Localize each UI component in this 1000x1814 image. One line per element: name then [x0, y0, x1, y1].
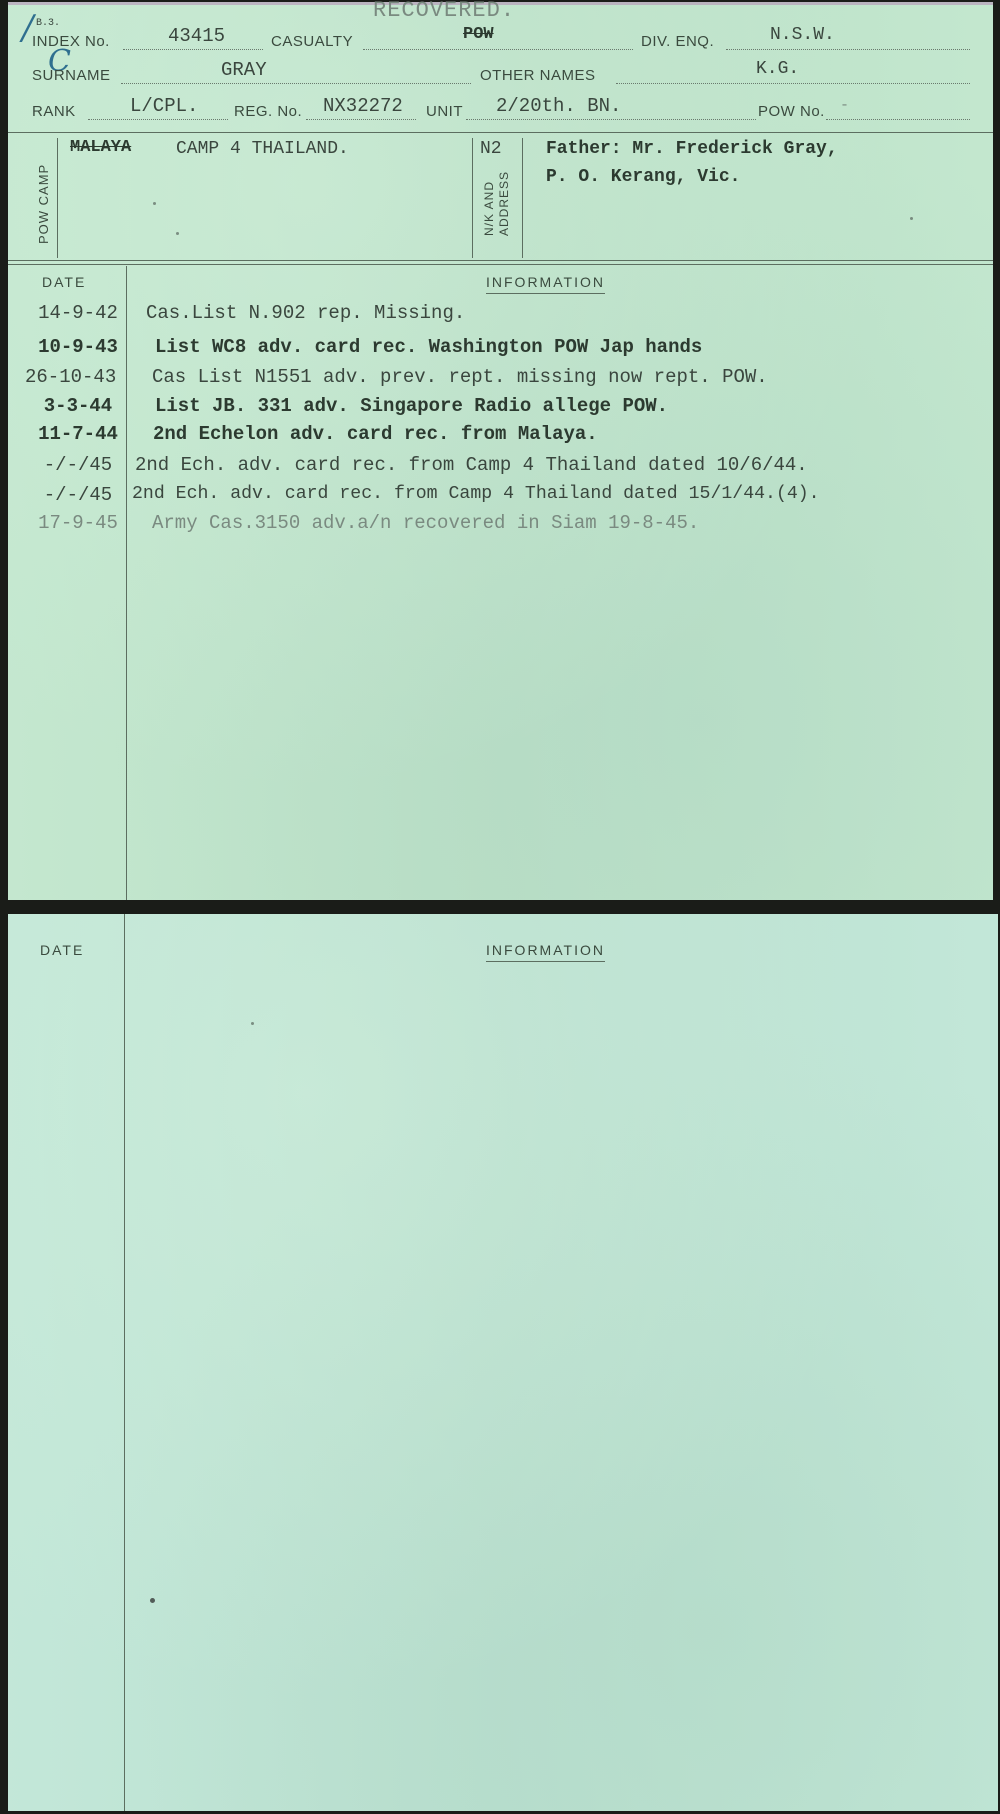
nok-divider-left — [472, 138, 473, 258]
other-names-label: OTHER NAMES — [480, 67, 596, 84]
index-no-line — [123, 49, 263, 50]
date-column-divider — [124, 914, 125, 1811]
nok-label-line1: N/K AND — [482, 181, 496, 236]
table-row-information: 2nd Ech. adv. card rec. from Camp 4 Thai… — [135, 454, 808, 476]
index-no-value: 43415 — [168, 25, 225, 47]
table-row-date: -/-/45 — [22, 454, 134, 476]
unit-line — [466, 119, 756, 120]
reg-no-value: NX32272 — [323, 95, 403, 117]
paper-speck — [251, 1022, 254, 1025]
table-row-date: 3-3-44 — [22, 395, 134, 417]
paper-speck — [153, 202, 156, 205]
surname-line — [121, 83, 471, 84]
table-row-information: List JB. 331 adv. Singapore Radio allege… — [155, 395, 668, 417]
unit-label: UNIT — [426, 103, 463, 120]
table-row-information: Cas.List N.902 rep. Missing. — [146, 302, 465, 324]
nok-address-line1: Father: Mr. Frederick Gray, — [546, 139, 838, 159]
div-enq-value: N.S.W. — [770, 25, 835, 45]
pow-camp-value: CAMP 4 THAILAND. — [176, 139, 349, 159]
paper-speck — [910, 217, 913, 220]
pow-camp-struck-value: MALAYA — [70, 138, 131, 157]
table-row-date: 11-7-44 — [22, 423, 134, 445]
nok-code: N2 — [480, 139, 502, 159]
date-column-header: DATE — [42, 274, 86, 290]
record-card-reverse: DATE INFORMATION — [8, 914, 998, 1811]
index-no-label: INDEX No. — [32, 33, 110, 50]
reg-no-label: REG. No. — [234, 103, 302, 120]
table-row-date: 26-10-43 — [25, 366, 137, 388]
unit-value: 2/20th. BN. — [496, 95, 621, 117]
table-divider-upper — [8, 260, 993, 261]
table-row-date: 10-9-43 — [22, 336, 134, 358]
information-column-header: INFORMATION — [486, 942, 605, 962]
date-column-divider — [126, 266, 127, 900]
other-names-value: K.G. — [756, 59, 799, 79]
div-enq-line — [726, 49, 970, 50]
nok-address-line2: P. O. Kerang, Vic. — [546, 167, 740, 187]
table-row-information: 2nd Ech. adv. card rec. from Camp 4 Thai… — [132, 484, 820, 504]
other-names-line — [616, 83, 970, 84]
record-card-front: RECOVERED. B.3. / C INDEX No. 43415 CASU… — [8, 2, 993, 900]
corner-reference: B.3. — [36, 18, 60, 29]
casualty-value: POW — [463, 25, 494, 44]
reg-no-line — [306, 119, 416, 120]
table-row-information: 2nd Echelon adv. card rec. from Malaya. — [153, 423, 598, 445]
information-column-header: INFORMATION — [486, 274, 605, 294]
table-row-date: -/-/45 — [22, 484, 134, 506]
paper-speck — [150, 1598, 155, 1603]
section-divider — [8, 132, 993, 133]
pow-camp-label: POW CAMP — [36, 164, 51, 244]
recovered-stamp: RECOVERED. — [373, 0, 515, 23]
table-row-information: Cas List N1551 adv. prev. rept. missing … — [152, 366, 768, 388]
pow-no-label: POW No. — [758, 103, 825, 120]
table-row-information: List WC8 adv. card rec. Washington POW J… — [155, 336, 702, 358]
rank-value: L/CPL. — [130, 95, 198, 117]
table-row-date: 17-9-45 — [22, 512, 134, 534]
rank-label: RANK — [32, 103, 76, 120]
table-row-date: 14-9-42 — [22, 302, 134, 324]
nok-divider-right — [522, 138, 523, 258]
camp-label-divider — [57, 138, 58, 258]
paper-speck — [176, 232, 179, 235]
table-row-information: Army Cas.3150 adv.a/n recovered in Siam … — [152, 512, 699, 534]
table-divider-lower — [8, 264, 993, 265]
surname-value: GRAY — [221, 59, 267, 81]
date-column-header: DATE — [40, 942, 84, 958]
surname-label: SURNAME — [32, 67, 111, 84]
pow-no-line — [826, 119, 970, 120]
div-enq-label: DIV. ENQ. — [641, 33, 714, 50]
pow-no-value: - — [840, 97, 849, 114]
nok-label-line2: ADDRESS — [497, 171, 511, 236]
casualty-label: CASUALTY — [271, 33, 353, 50]
rank-line — [88, 119, 228, 120]
casualty-line — [363, 49, 633, 50]
